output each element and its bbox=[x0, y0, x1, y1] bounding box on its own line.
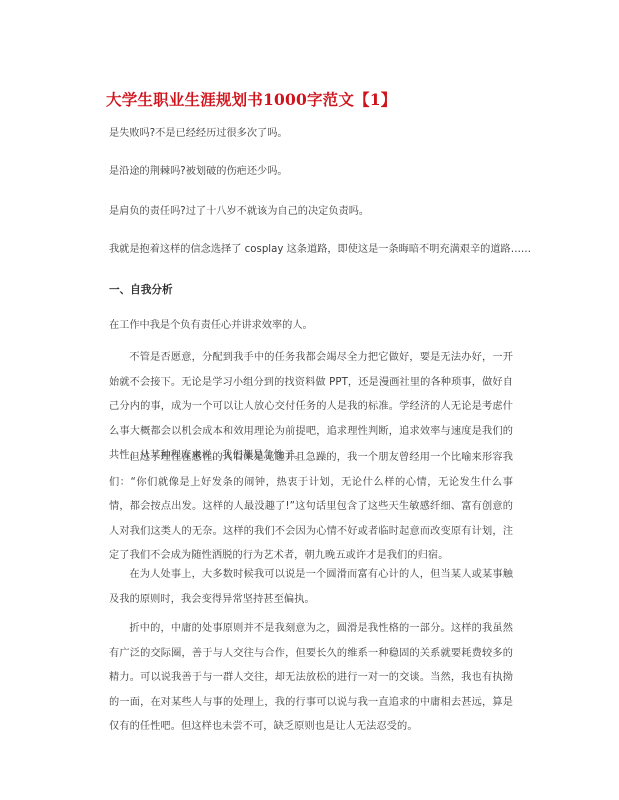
intro-line: 是肩负的责任吗?过了十八岁不就该为自己的决定负责吗。 bbox=[109, 205, 369, 219]
document-page: 大学生职业生涯规划书1000字范文【1】 是失败吗?不是已经经历过很多次了吗。 … bbox=[0, 0, 619, 800]
intro-line: 我就是抱着这样的信念选择了 cosplay 这条道路，即使这是一条晦暗不明充满艰… bbox=[109, 243, 531, 257]
document-title: 大学生职业生涯规划书1000字范文【1】 bbox=[106, 88, 396, 110]
section-heading: 一、自我分析 bbox=[109, 282, 173, 297]
intro-line: 是沿途的荆棘吗?被划破的伤疤还少吗。 bbox=[109, 165, 288, 179]
body-paragraph: 在为人处事上，大多数时候我可以说是一个圆滑而富有心计的人，但当某人或某事触及我的… bbox=[109, 563, 513, 612]
body-paragraph: 但过于理性在感性的人看来是无趣并且急躁的，我一个朋友曾经用一个比喻来形容我们：“… bbox=[109, 446, 513, 569]
body-paragraph: 折中的，中庸的处事原则并不是我刻意为之，圆滑是我性格的一部分。这样的我虽然有广泛… bbox=[109, 617, 513, 740]
intro-line: 是失败吗?不是已经经历过很多次了吗。 bbox=[109, 127, 288, 141]
section-intro: 在工作中我是个负有责任心并讲求效率的人。 bbox=[109, 319, 313, 333]
